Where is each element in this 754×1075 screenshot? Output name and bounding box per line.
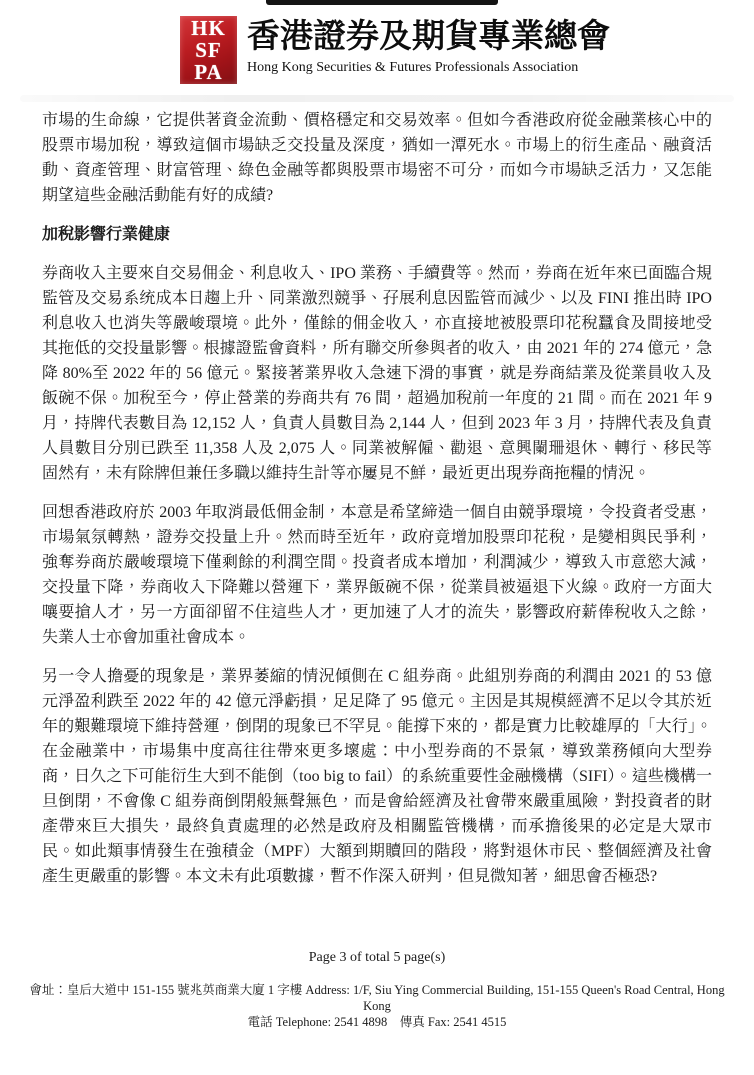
footer: 會址：皇后大道中 151-155 號兆英商業大廈 1 字樓 Address: 1… xyxy=(20,982,734,1030)
logo-letters-hk: HK xyxy=(191,17,226,39)
org-titles: 香港證券及期貨專業總會 Hong Kong Securities & Futur… xyxy=(247,16,610,76)
paragraph-intro: 市場的生命線，它提供著資金流動、價格穩定和交易效率。但如今香港政府從金融業核心中… xyxy=(42,108,712,208)
org-name-chinese: 香港證券及期貨專業總會 xyxy=(247,19,610,55)
section-heading: 加稅影響行業健康 xyxy=(42,222,712,247)
page-indicator: Page 3 of total 5 page(s) xyxy=(0,949,754,966)
paragraph-group-c-brokers: 另一令人擔憂的現象是，業界萎縮的情況傾側在 C 組券商。此組別券商的利潤由 20… xyxy=(42,664,712,889)
logo-letters-sf: SF xyxy=(195,39,222,61)
footer-contact: 電話 Telephone: 2541 4898 傳真 Fax: 2541 451… xyxy=(20,1014,734,1030)
scan-artifact-bar xyxy=(266,0,498,5)
document-page: HK SF PA 香港證券及期貨專業總會 Hong Kong Securitie… xyxy=(0,0,754,1075)
document-body: 市場的生命線，它提供著資金流動、價格穩定和交易效率。但如今香港政府從金融業核心中… xyxy=(42,108,712,903)
letterhead: HK SF PA 香港證券及期貨專業總會 Hong Kong Securitie… xyxy=(180,16,610,84)
hksfpa-logo: HK SF PA xyxy=(180,16,237,84)
paragraph-commission-history: 回想香港政府於 2003 年取消最低佣金制，本意是希望締造一個自由競爭環境，令投… xyxy=(42,500,712,650)
paragraph-industry-health: 券商收入主要來自交易佣金、利息收入、IPO 業務、手續費等。然而，券商在近年來已… xyxy=(42,261,712,486)
footer-address: 會址：皇后大道中 151-155 號兆英商業大廈 1 字樓 Address: 1… xyxy=(20,982,734,1014)
logo-letters-pa: PA xyxy=(194,61,222,83)
scan-artifact-smudge xyxy=(20,95,734,102)
org-name-english: Hong Kong Securities & Futures Professio… xyxy=(247,60,610,76)
